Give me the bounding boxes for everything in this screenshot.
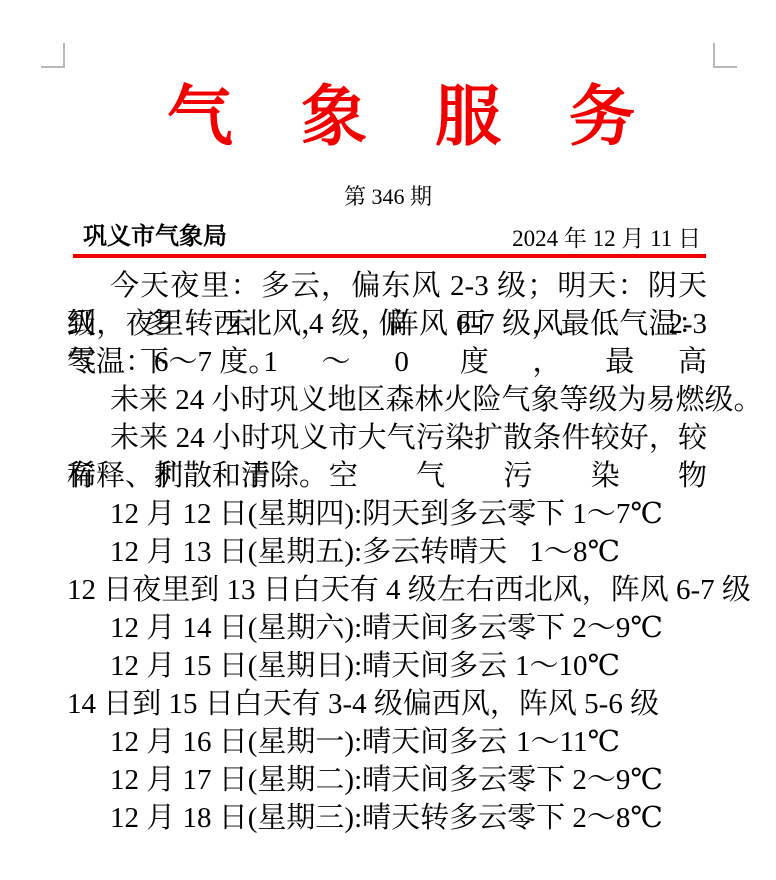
header-divider-rule (73, 254, 706, 258)
forecast-row: 12 月 12 日(星期四):阴天到多云 零下 1～7℃ (67, 495, 707, 533)
forecast-row: 12 月 17 日(星期二):晴天间多云 零下 2～9℃ (67, 761, 707, 799)
intro-line: 今天夜里：多云，偏东风 2-3 级；明天：阴天到多云，偏西风 2-3 (67, 267, 707, 305)
forecast-date-weather: 12 月 13 日(星期五):多云转晴天 (110, 533, 507, 571)
forecast-date-weather: 12 月 15 日(星期日):晴天间多云 (110, 647, 507, 685)
forecast-date-weather: 12 月 17 日(星期二):晴天间多云 (110, 761, 507, 799)
forecast-temperature: 1～11℃ (516, 723, 620, 761)
issue-number: 第 346 期 (0, 184, 776, 210)
forecast-temperature: 零下 2～9℃ (507, 609, 663, 647)
text-boundary-corner-mark-top-right (713, 43, 737, 68)
forecast-row: 12 月 16 日(星期一):晴天间多云 1～11℃ (67, 723, 707, 761)
doc-body: 今天夜里：多云，偏东风 2-3 级；明天：阴天到多云，偏西风 2-3 级，夜里转… (67, 267, 707, 837)
intro-line: 级，夜里转西北风 4 级，阵风 6-7 级，最低气温：零下 1～0 度，最高 (67, 305, 707, 343)
wind-note-row: 12 日夜里到 13 日白天有 4 级左右西北风，阵风 6-7 级 (67, 571, 707, 609)
forecast-temperature: 零下 2～9℃ (507, 761, 663, 799)
forecast-row: 12 月 18 日(星期三):晴天转多云 零下 2～8℃ (67, 799, 707, 837)
fire-risk-line: 未来 24 小时巩义地区森林火险气象等级为易燃级。 (67, 381, 707, 419)
forecast-date-weather: 12 月 14 日(星期六):晴天间多云 (110, 609, 507, 647)
document-page: 气象服务 第 346 期 巩义市气象局 2024 年 12 月 11 日 今天夜… (0, 0, 776, 880)
wind-note-row: 14 日到 15 日白天有 3-4 级偏西风，阵风 5-6 级 (67, 685, 707, 723)
wind-note: 12 日夜里到 13 日白天有 4 级左右西北风，阵风 6-7 级 (67, 571, 751, 609)
forecast-date-weather: 12 月 18 日(星期三):晴天转多云 (110, 799, 507, 837)
forecast-temperature: 1～10℃ (515, 647, 620, 685)
forecast-row: 12 月 14 日(星期六):晴天间多云 零下 2～9℃ (67, 609, 707, 647)
forecast-row: 12 月 13 日(星期五):多云转晴天 1～8℃ (67, 533, 707, 571)
forecast-date-weather: 12 月 12 日(星期四):阴天到多云 (110, 495, 507, 533)
wind-note: 14 日到 15 日白天有 3-4 级偏西风，阵风 5-6 级 (67, 685, 659, 723)
doc-title: 气象服务 (0, 78, 776, 158)
forecast-temperature: 零下 1～7℃ (507, 495, 663, 533)
forecast-row: 12 月 15 日(星期日):晴天间多云 1～10℃ (67, 647, 707, 685)
doc-title-text: 气象服务 (167, 81, 703, 154)
forecast-temperature: 1～8℃ (530, 533, 620, 571)
issue-date: 2024 年 12 月 11 日 (0, 226, 701, 252)
text-boundary-corner-mark-top-left (41, 43, 65, 68)
pollution-line: 未来 24 小时巩义市大气污染扩散条件较好，较有利于空气污染物 (67, 419, 707, 457)
forecast-date-weather: 12 月 16 日(星期一):晴天间多云 (110, 723, 507, 761)
forecast-temperature: 零下 2～8℃ (507, 799, 663, 837)
